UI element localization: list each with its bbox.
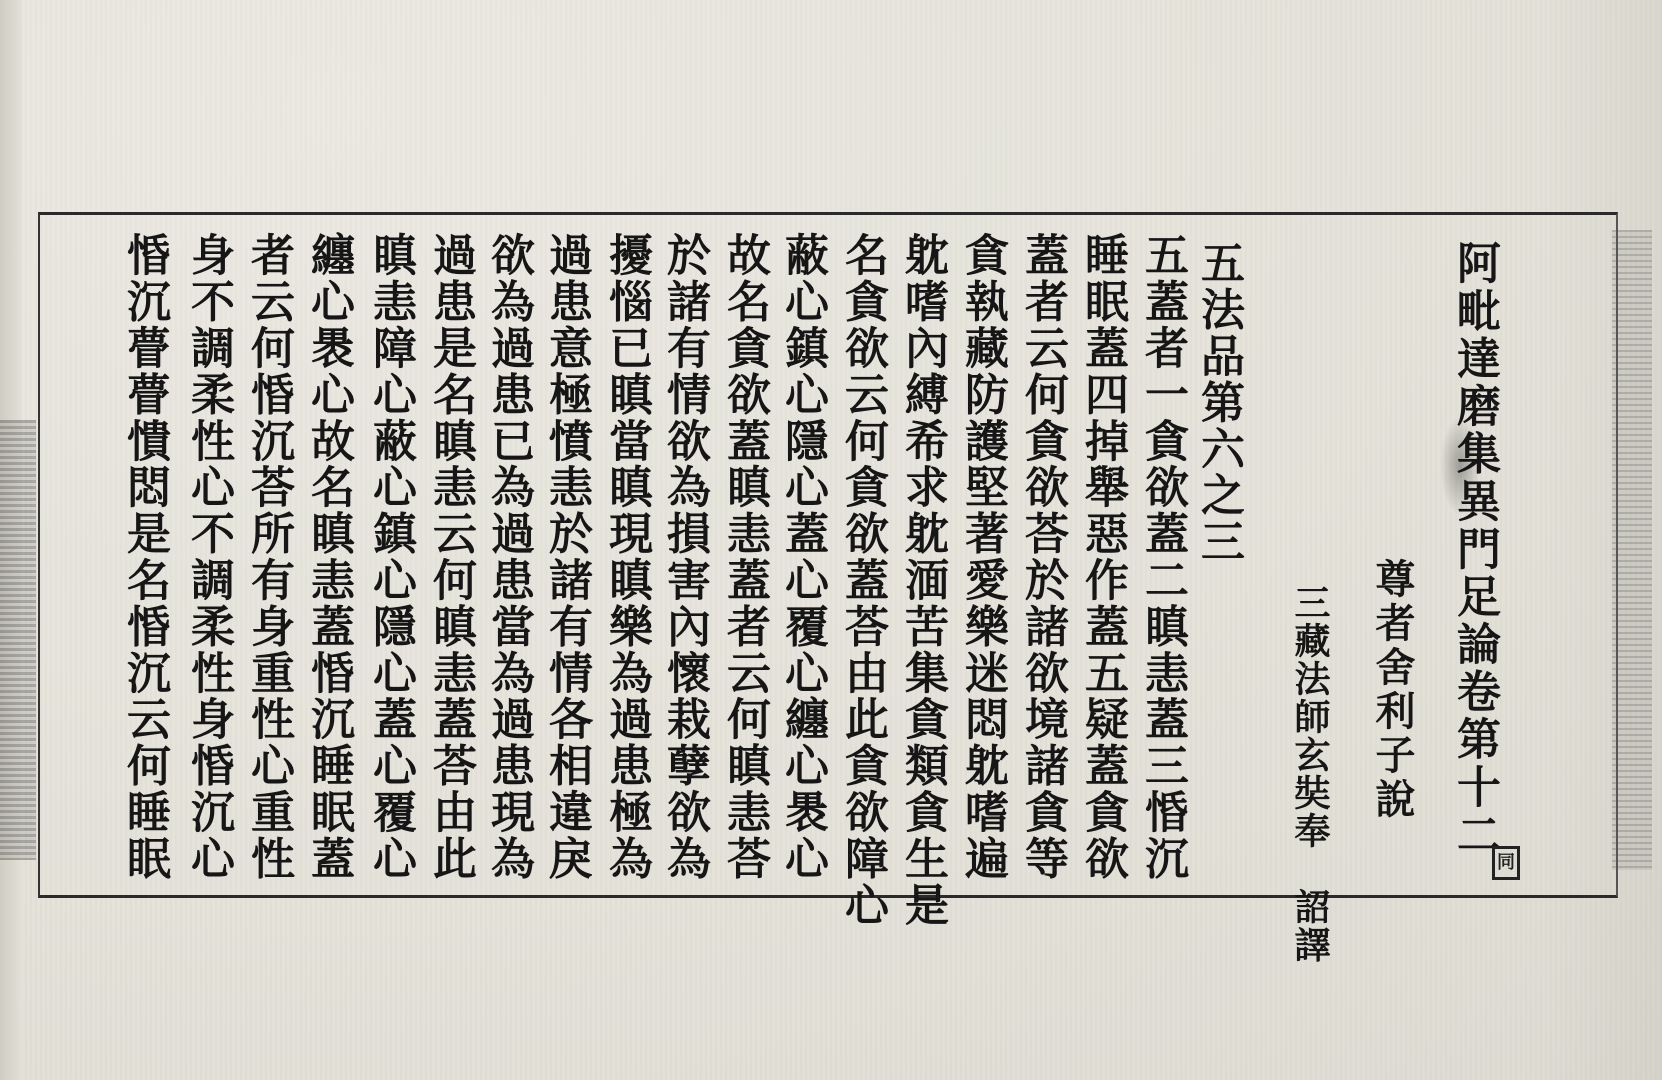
text-column: 欲為過患已為過患當為過患現為 (486, 232, 530, 882)
text-column: 蔽心鎮心隱心蓋心覆心纏心褁心 (780, 232, 824, 882)
text-column: 過患是名瞋恚云何瞋恚蓋荅由此 (428, 232, 472, 882)
text-column: 擾惱已瞋當瞋現瞋樂為過患極為 (604, 232, 648, 882)
text-column: 睡眠蓋四掉舉惡作蓋五疑蓋貪欲 (1080, 232, 1124, 882)
text-column: 纏心褁心故名瞋恚蓋惛沉睡眠蓋 (306, 232, 350, 882)
block-mark: 同 (1492, 846, 1520, 880)
ink-smudge-left (0, 420, 36, 860)
author-line: 尊者舍利子說 (1372, 558, 1412, 822)
text-column: 身不調柔性心不調柔性身惛沉心 (186, 232, 230, 882)
text-column: 躭嗜內縛希求躭湎苦集貪類貪生是 (900, 232, 944, 928)
text-column: 蓋者云何貪欲荅於諸欲境諸貪等 (1020, 232, 1064, 882)
text-column: 故名貪欲蓋瞋恚蓋者云何瞋恚荅 (722, 232, 766, 882)
text-column: 惛沉瞢瞢憒悶是名惛沉云何睡眠 (122, 232, 166, 882)
scroll-title: 阿毗達磨集異門足論卷第十二 (1452, 240, 1496, 859)
text-column: 瞋恚障心蔽心鎮心隱心蓋心覆心 (368, 232, 412, 882)
text-column: 貪執藏防護堅著愛樂迷悶躭嗜遍 (960, 232, 1004, 882)
text-column: 者云何惛沉荅所有身重性心重性 (246, 232, 290, 882)
translator-line: 三藏法師玄奘奉 詔譯 (1292, 584, 1328, 964)
ink-smudge-right (1612, 230, 1652, 870)
chapter-heading: 五法品第六之三 (1196, 240, 1240, 565)
text-column: 於諸有情欲為損害內懷栽孽欲為 (662, 232, 706, 882)
text-column: 名貪欲云何貪欲蓋荅由此貪欲障心 (840, 232, 884, 928)
text-column: 過患意極憤恚於諸有情各相違戾 (544, 232, 588, 882)
text-column: 五蓋者一貪欲蓋二瞋恚蓋三惛沉 (1140, 232, 1184, 882)
